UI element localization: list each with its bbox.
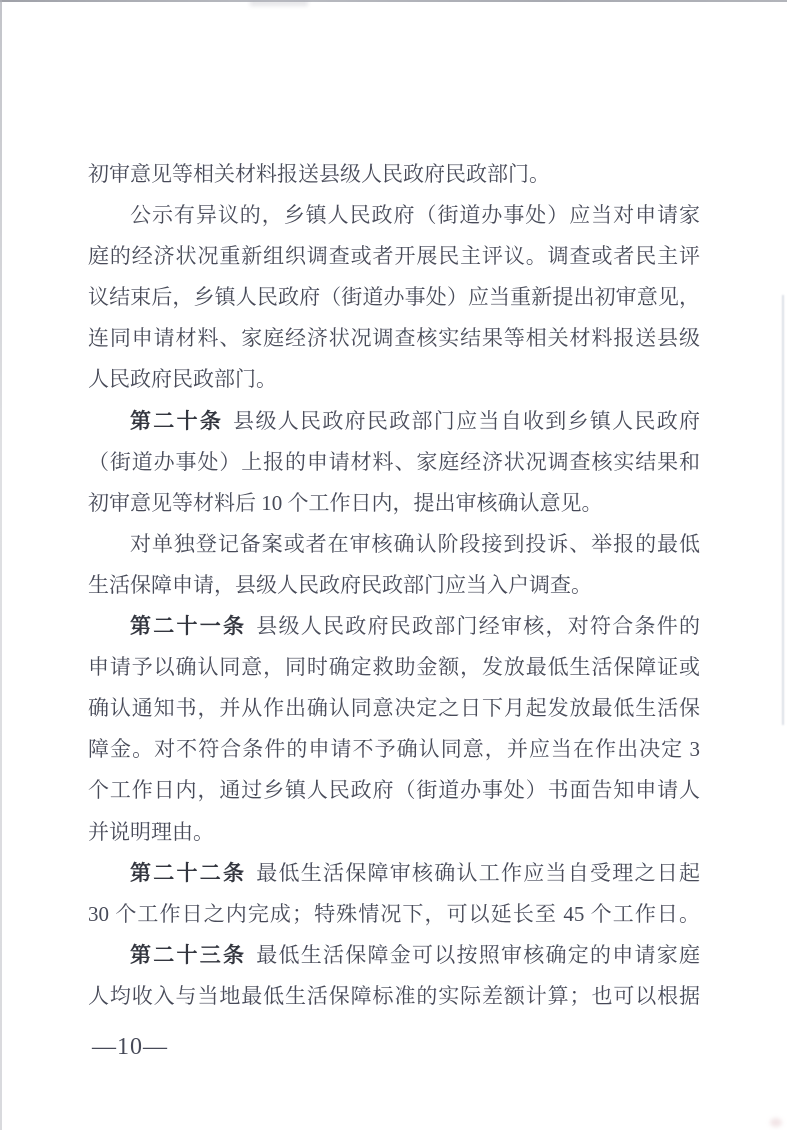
text-line: 初审意见等相关材料报送县级人民政府民政部门。 xyxy=(88,154,700,195)
text-line-article-23: 第二十三条最低生活保障金可以按照审核确定的申请家庭 xyxy=(88,935,700,976)
text-line: 庭的经济状况重新组织调查或者开展民主评议。调查或者民主评 xyxy=(88,236,700,277)
text-line: 连同申请材料、家庭经济状况调查核实结果等相关材料报送县级 xyxy=(88,318,700,359)
text-line-article-22: 第二十二条最低生活保障审核确认工作应当自受理之日起 xyxy=(88,853,700,894)
page-number: —10— xyxy=(92,1034,168,1061)
article-number: 第二十一条 xyxy=(130,615,246,638)
document-body: 初审意见等相关材料报送县级人民政府民政部门。 公示有异议的，乡镇人民政府（街道办… xyxy=(88,154,700,1017)
text-line: 个工作日内，通过乡镇人民政府（街道办事处）书面告知申请人 xyxy=(88,770,700,811)
text-line: 人均收入与当地最低生活保障标准的实际差额计算；也可以根据 xyxy=(88,976,700,1017)
article-number: 第二十三条 xyxy=(130,944,246,967)
text-line-article-20: 第二十条县级人民政府民政部门应当自收到乡镇人民政府 xyxy=(88,401,700,442)
text-line: 初审意见等材料后 10 个工作日内，提出审核确认意见。 xyxy=(88,483,700,524)
text-line: 30 个工作日之内完成；特殊情况下，可以延长至 45 个工作日。 xyxy=(88,894,700,935)
scan-artifact-corner-smudge xyxy=(770,1118,782,1127)
text-line-article-21: 第二十一条县级人民政府民政部门经审核，对符合条件的 xyxy=(88,606,700,647)
line-text: 最低生活保障金可以按照审核确定的申请家庭 xyxy=(256,943,700,967)
article-number: 第二十条 xyxy=(130,410,223,433)
text-line: 生活保障申请，县级人民政府民政部门应当入户调查。 xyxy=(88,565,700,606)
line-text: 县级人民政府民政部门应当自收到乡镇人民政府 xyxy=(233,409,700,433)
text-line: 人民政府民政部门。 xyxy=(88,359,700,400)
scan-artifact-right-streak xyxy=(782,295,784,725)
text-line: 申请予以确认同意，同时确定救助金额，发放最低生活保障证或 xyxy=(88,647,700,688)
text-line: 对单独登记备案或者在审核确认阶段接到投诉、举报的最低 xyxy=(88,524,700,565)
scanned-page: 初审意见等相关材料报送县级人民政府民政部门。 公示有异议的，乡镇人民政府（街道办… xyxy=(0,0,787,1130)
scan-artifact-top-smudge xyxy=(250,0,308,6)
article-number: 第二十二条 xyxy=(130,862,246,885)
text-line: 公示有异议的，乡镇人民政府（街道办事处）应当对申请家 xyxy=(88,195,700,236)
scan-edge-left xyxy=(0,0,2,1130)
text-line: （街道办事处）上报的申请材料、家庭经济状况调查核实结果和 xyxy=(88,442,700,483)
text-line: 并说明理由。 xyxy=(88,812,700,853)
line-text: 最低生活保障审核确认工作应当自受理之日起 xyxy=(256,861,700,885)
text-line: 障金。对不符合条件的申请不予确认同意，并应当在作出决定 3 xyxy=(88,729,700,770)
line-text: 县级人民政府民政部门经审核，对符合条件的 xyxy=(256,614,700,638)
text-line: 确认通知书，并从作出确认同意决定之日下月起发放最低生活保 xyxy=(88,688,700,729)
text-line: 议结束后，乡镇人民政府（街道办事处）应当重新提出初审意见， xyxy=(88,277,700,318)
scan-edge-top xyxy=(0,0,787,2)
